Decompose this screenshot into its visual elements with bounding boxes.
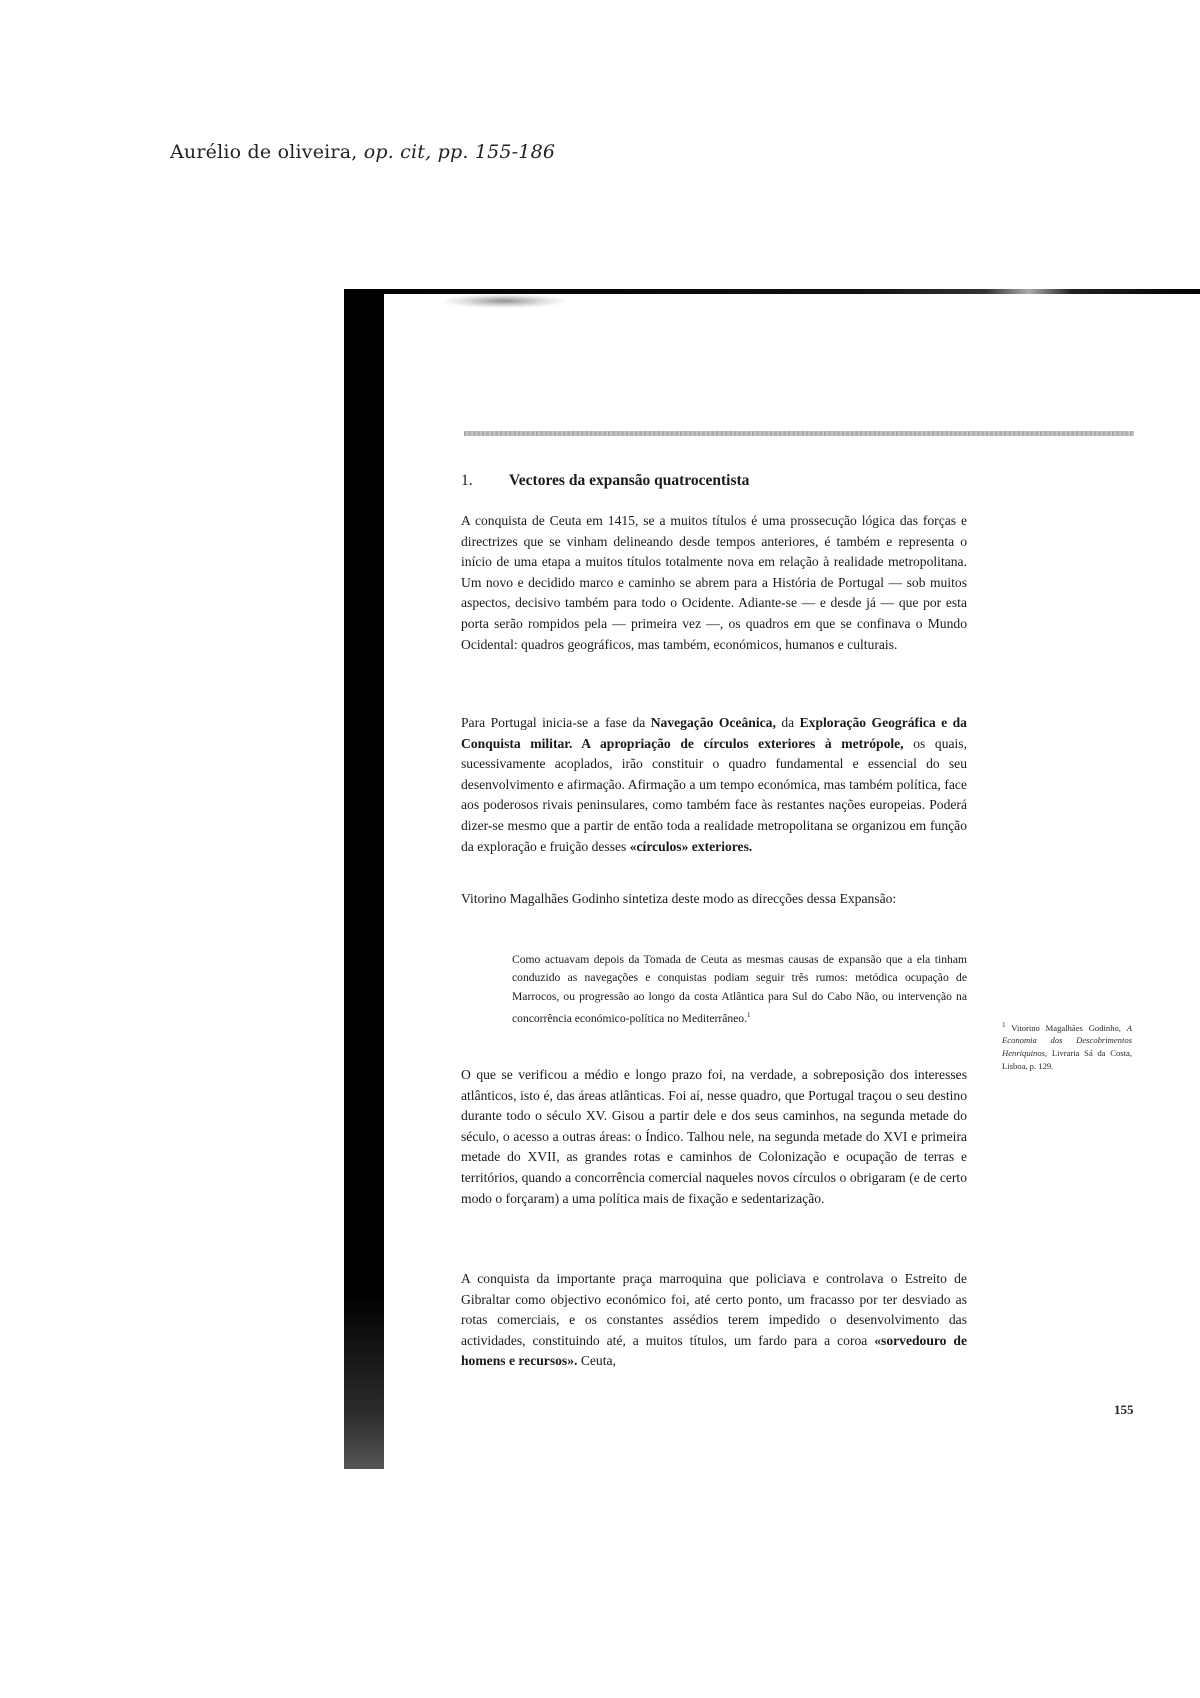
scan-smudge [444,294,564,308]
text-segment: Para Portugal inicia-se a fase da [461,715,651,730]
footnote-author: Vitorino Magalhães Godinho, [1011,1023,1127,1033]
text-segment: A conquista de Ceuta em 1415, se a muito… [461,513,967,652]
bold-term: «círculos» exteriores. [630,839,753,854]
paragraph-3: Vitorino Magalhães Godinho sintetiza des… [461,889,967,922]
text-segment: O que se verificou a médio e longo prazo… [461,1067,967,1206]
paragraph-text: Para Portugal inicia-se a fase da Navega… [461,713,967,857]
scanned-page: 1.Vectores da expansão quatrocentista A … [344,289,1200,1469]
section-title: Vectores da expansão quatrocentista [509,472,749,489]
bold-term: Navegação Oceânica, [651,715,776,730]
text-segment: Ceuta, [577,1353,616,1368]
header-rule [464,431,1134,436]
caption-author: Aurélio de oliveira, [170,141,364,163]
caption-citation: op. cit, pp. 155-186 [364,141,555,163]
section-number: 1. [461,472,509,490]
paragraph-1: A conquista de Ceuta em 1415, se a muito… [461,511,967,667]
paragraph-4: O que se verificou a médio e longo prazo… [461,1065,967,1221]
paragraph-text: Vitorino Magalhães Godinho sintetiza des… [461,889,967,910]
section-heading: 1.Vectores da expansão quatrocentista [461,472,749,490]
text-segment: os quais, sucessivamente acoplados, irão… [461,736,967,854]
page-number: 155 [1114,1402,1134,1418]
text-segment: Vitorino Magalhães Godinho sintetiza des… [461,891,896,906]
paragraph-5: A conquista da importante praça marroqui… [461,1269,967,1384]
paragraph-text: A conquista da importante praça marroqui… [461,1269,967,1372]
paragraph-2: Para Portugal inicia-se a fase da Navega… [461,713,967,869]
side-footnote: 1 Vitorino Magalhães Godinho, A Economia… [1002,1019,1132,1072]
block-quote: Como actuavam depois da Tomada de Ceuta … [512,951,967,1028]
footnote-reference[interactable]: 1 [747,1011,751,1019]
text-segment: da [776,715,800,730]
quote-text: Como actuavam depois da Tomada de Ceuta … [512,953,967,1025]
citation-caption: Aurélio de oliveira, op. cit, pp. 155-18… [170,141,555,163]
paragraph-text: O que se verificou a médio e longo prazo… [461,1065,967,1209]
footnote-marker: 1 [1002,1021,1006,1029]
scan-binding-shadow [344,289,384,1469]
paragraph-text: A conquista de Ceuta em 1415, se a muito… [461,511,967,655]
